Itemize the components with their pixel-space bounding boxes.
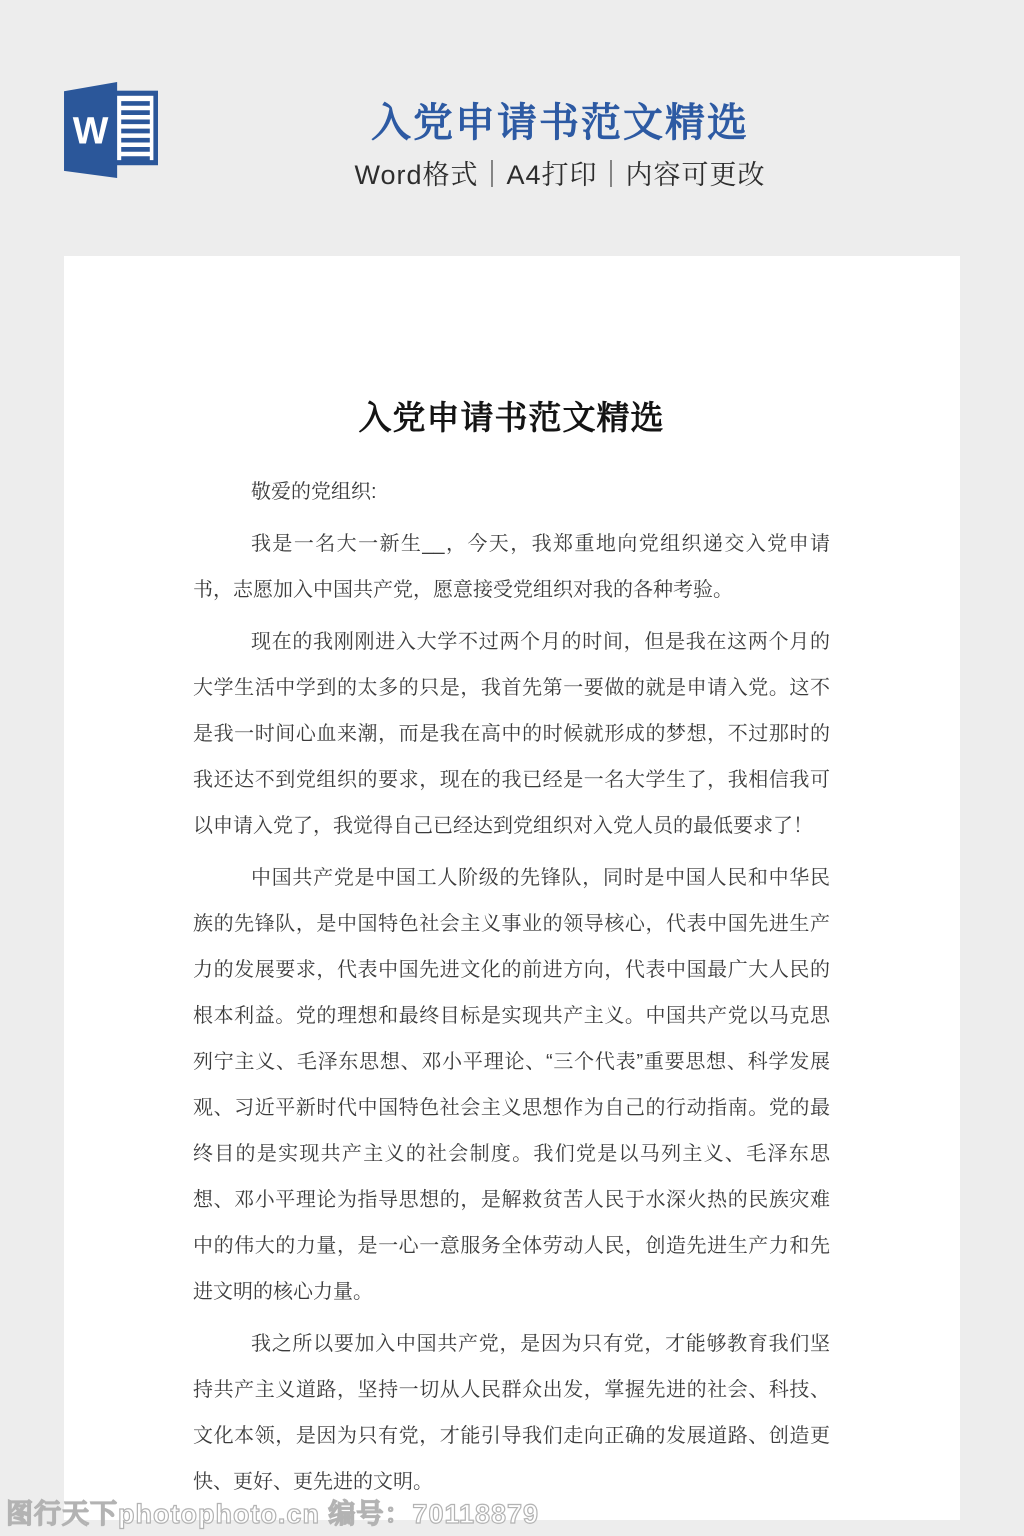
header-subtitle: Word格式｜A4打印｜内容可更改 (300, 153, 820, 192)
document-title: 入党申请书范文精选 (193, 397, 830, 439)
document-page: 入党申请书范文精选 敬爱的党组织: 我是一名大一新生__，今天，我郑重地向党组织… (64, 256, 960, 1520)
template-preview: W 入党申请书范文精选 Word格式｜A4打印｜内容可更改 入党申请书范文精选 … (0, 0, 1024, 1536)
paragraph: 中国共产党是中国工人阶级的先锋队，同时是中国人民和中华民族的先锋队，是中国特色社… (193, 855, 830, 1315)
word-icon: W (64, 82, 158, 178)
paragraph: 我是一名大一新生__，今天，我郑重地向党组织递交入党申请书，志愿加入中国共产党，… (193, 521, 830, 613)
svg-text:W: W (73, 110, 109, 152)
paragraph: 我之所以要加入中国共产党，是因为只有党，才能够教育我们坚持共产主义道路，坚持一切… (193, 1321, 830, 1505)
paragraph: 现在的我刚刚进入大学不过两个月的时间，但是我在这两个月的大学生活中学到的太多的只… (193, 619, 830, 849)
document-content: 入党申请书范文精选 敬爱的党组织: 我是一名大一新生__，今天，我郑重地向党组织… (64, 256, 960, 1505)
paragraph-salutation: 敬爱的党组织: (193, 469, 830, 515)
site-watermark: 图行天下photophoto.cn 编号：70118879 (6, 1492, 539, 1531)
header-title: 入党申请书范文精选 (300, 91, 820, 148)
document-body: 敬爱的党组织: 我是一名大一新生__，今天，我郑重地向党组织递交入党申请书，志愿… (193, 469, 830, 1505)
